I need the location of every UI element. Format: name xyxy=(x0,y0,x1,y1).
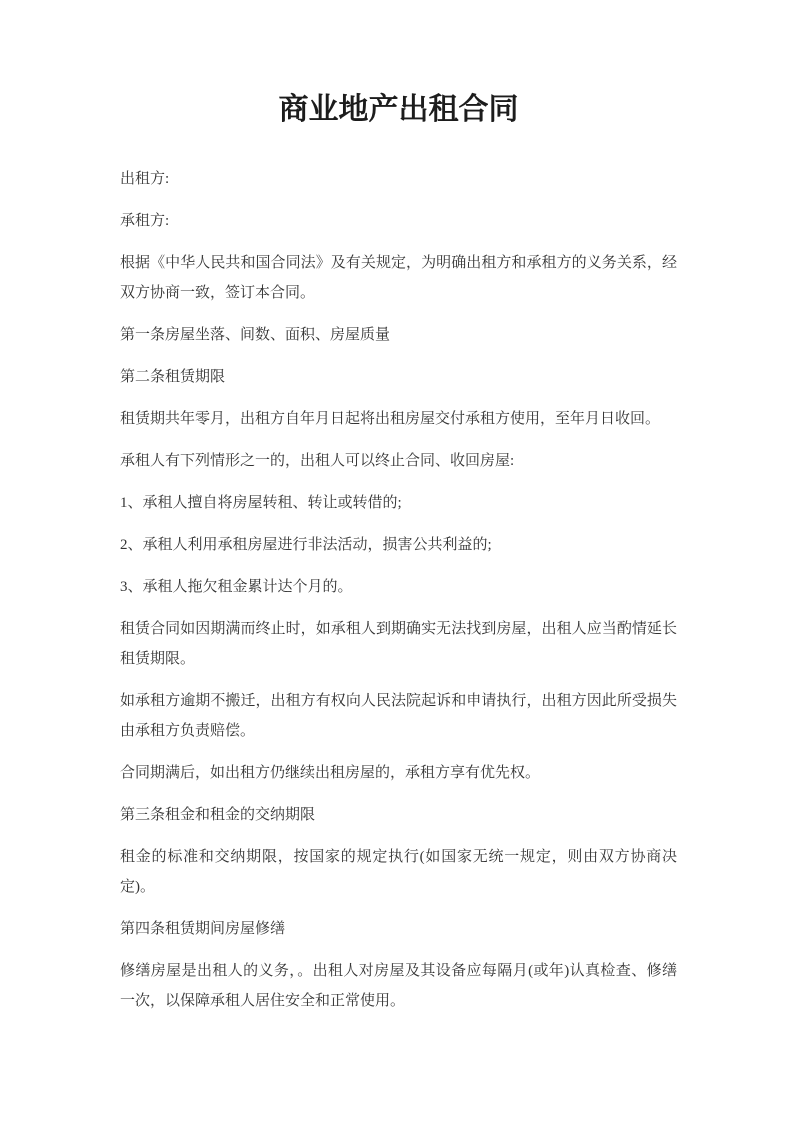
document-title: 商业地产出租合同 xyxy=(120,90,677,130)
document-page: 商业地产出租合同 出租方:承租方:根据《中华人民共和国合同法》及有关规定，为明确… xyxy=(0,0,793,1122)
paragraph: 承租人有下列情形之一的，出租人可以终止合同、收回房屋: xyxy=(120,446,677,476)
paragraph: 3、承租人拖欠租金累计达个月的。 xyxy=(120,572,677,602)
paragraph: 租赁期共年零月，出租方自年月日起将出租房屋交付承租方使用，至年月日收回。 xyxy=(120,404,677,434)
paragraph: 2、承租人利用承租房屋进行非法活动，损害公共利益的; xyxy=(120,530,677,560)
paragraph: 第三条租金和租金的交纳期限 xyxy=(120,800,677,830)
paragraph: 出租方: xyxy=(120,164,677,194)
document-body: 出租方:承租方:根据《中华人民共和国合同法》及有关规定，为明确出租方和承租方的义… xyxy=(120,164,677,1016)
paragraph: 如承租方逾期不搬迁，出租方有权向人民法院起诉和申请执行，出租方因此所受损失由承租… xyxy=(120,686,677,746)
paragraph: 第一条房屋坐落、间数、面积、房屋质量 xyxy=(120,320,677,350)
paragraph: 合同期满后，如出租方仍继续出租房屋的，承租方享有优先权。 xyxy=(120,758,677,788)
paragraph: 修缮房屋是出租人的义务，。出租人对房屋及其设备应每隔月(或年)认真检查、修缮一次… xyxy=(120,956,677,1016)
paragraph: 第四条租赁期间房屋修缮 xyxy=(120,914,677,944)
paragraph: 租金的标准和交纳期限，按国家的规定执行(如国家无统一规定，则由双方协商决定)。 xyxy=(120,842,677,902)
paragraph: 1、承租人擅自将房屋转租、转让或转借的; xyxy=(120,488,677,518)
paragraph: 第二条租赁期限 xyxy=(120,362,677,392)
paragraph: 根据《中华人民共和国合同法》及有关规定，为明确出租方和承租方的义务关系，经双方协… xyxy=(120,248,677,308)
paragraph: 承租方: xyxy=(120,206,677,236)
paragraph: 租赁合同如因期满而终止时，如承租人到期确实无法找到房屋，出租人应当酌情延长租赁期… xyxy=(120,614,677,674)
